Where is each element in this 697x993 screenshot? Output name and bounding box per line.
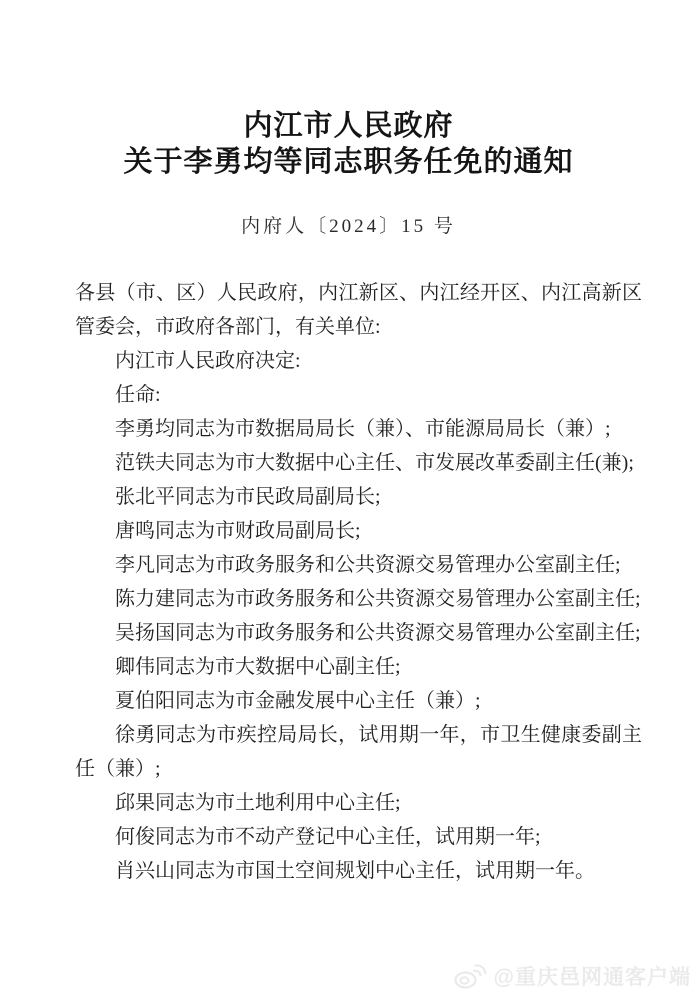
document-title: 内江市人民政府 关于李勇均等同志职务任免的通知 — [0, 108, 697, 180]
document-paragraph: 何俊同志为市不动产登记中心主任，试用期一年; — [75, 820, 642, 854]
document-paragraph: 邱果同志为市土地利用中心主任; — [75, 786, 642, 820]
document-paragraph: 唐鸣同志为市财政局副局长; — [75, 514, 642, 548]
document-paragraph: 各县（市、区）人民政府，内江新区、内江经开区、内江高新区管委会，市政府各部门，有… — [75, 276, 642, 344]
document-paragraph: 卿伟同志为市大数据中心副主任; — [75, 650, 642, 684]
document-paragraph: 夏伯阳同志为市金融发展中心主任（兼）; — [75, 684, 642, 718]
document-page: 内江市人民政府 关于李勇均等同志职务任免的通知 内府人〔2024〕15 号 各县… — [0, 0, 697, 993]
document-paragraph: 李凡同志为市政务服务和公共资源交易管理办公室副主任; — [75, 548, 642, 582]
document-paragraph: 吴扬国同志为市政务服务和公共资源交易管理办公室副主任; — [75, 616, 642, 650]
watermark: @重庆邑网通客户端 — [453, 961, 691, 991]
document-paragraph: 陈力建同志为市政务服务和公共资源交易管理办公室副主任; — [75, 582, 642, 616]
document-title-line2: 关于李勇均等同志职务任免的通知 — [0, 144, 697, 180]
document-title-line1: 内江市人民政府 — [0, 108, 697, 144]
document-paragraph: 李勇均同志为市数据局局长（兼）、市能源局局长（兼）; — [75, 412, 642, 446]
document-paragraph: 张北平同志为市民政局副局长; — [75, 480, 642, 514]
watermark-text: @重庆邑网通客户端 — [494, 961, 691, 991]
document-body: 各县（市、区）人民政府，内江新区、内江经开区、内江高新区管委会，市政府各部门，有… — [75, 276, 642, 888]
document-paragraph: 范铁夫同志为市大数据中心主任、市发展改革委副主任(兼); — [75, 446, 642, 480]
document-paragraph: 任命: — [75, 378, 642, 412]
document-number: 内府人〔2024〕15 号 — [0, 211, 697, 238]
weibo-icon — [453, 962, 487, 990]
document-paragraph: 肖兴山同志为市国土空间规划中心主任，试用期一年。 — [75, 854, 642, 888]
document-paragraph: 徐勇同志为市疾控局局长，试用期一年，市卫生健康委副主任（兼）; — [75, 718, 642, 786]
document-paragraph: 内江市人民政府决定: — [75, 344, 642, 378]
